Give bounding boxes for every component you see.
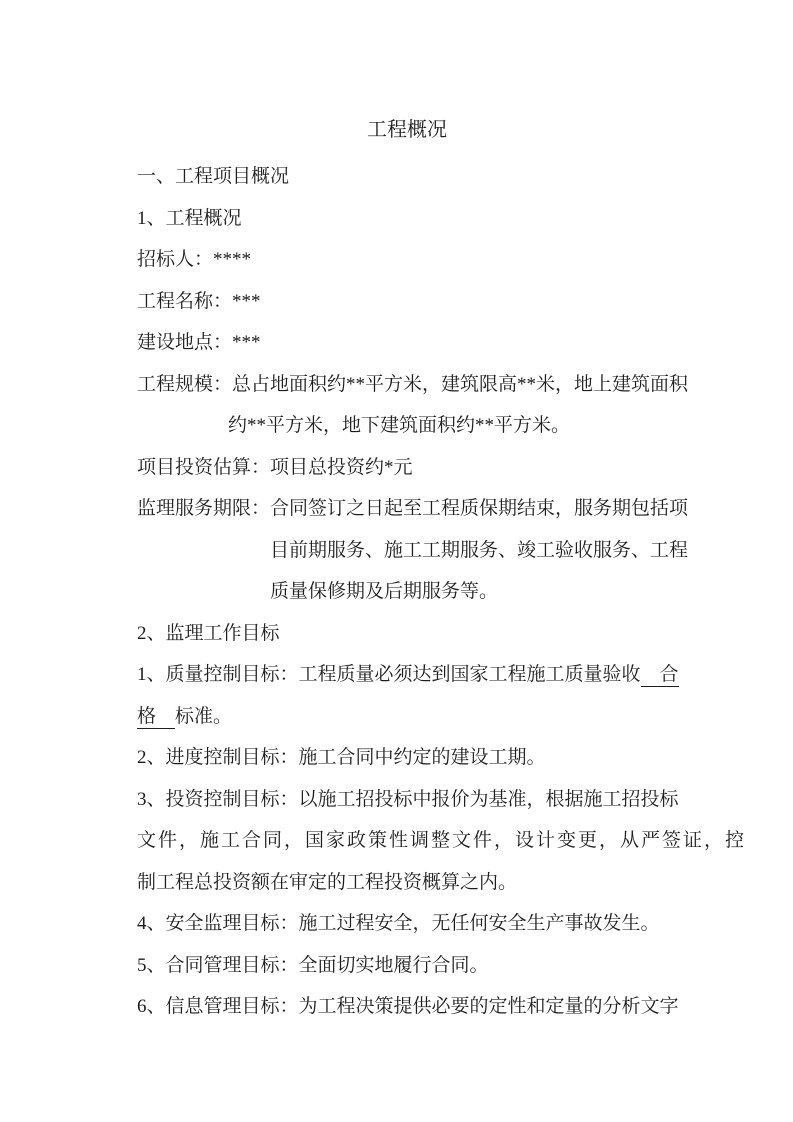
document-page: 工程概况 一、工程项目概况 1、工程概况 招标人：**** 工程名称：*** 建… xyxy=(0,0,793,1122)
quality-goal-text: 1、质量控制目标：工程质量必须达到国家工程施工质量验收 xyxy=(137,664,641,685)
doc-line-investment-goal-3: 制工程总投资额在审定的工程投资概算之内。 xyxy=(137,862,703,904)
doc-line-schedule-goal: 2、进度控制目标：施工合同中约定的建设工期。 xyxy=(137,737,703,779)
doc-line-supervision-period-1: 监理服务期限：合同签订之日起至工程质保期结束，服务期包括项 xyxy=(137,488,703,530)
doc-line-quality-goal-2: 格 标准。 xyxy=(137,696,703,738)
doc-line-location: 建设地点：*** xyxy=(137,322,703,364)
doc-line-tenderee: 招标人：**** xyxy=(137,239,703,281)
doc-line-scale-1: 工程规模：总占地面积约**平方米，建筑限高**米，地上建筑面积 xyxy=(137,364,703,406)
doc-line-investment-estimate: 项目投资估算：项目总投资约*元 xyxy=(137,447,703,489)
doc-line-goals-heading: 2、监理工作目标 xyxy=(137,613,703,655)
doc-line-section-heading: 一、工程项目概况 xyxy=(137,156,703,198)
doc-line-contract-goal: 5、合同管理目标：全面切实地履行合同。 xyxy=(137,945,703,987)
underlined-fill-in: 格 xyxy=(137,706,175,729)
underlined-fill-in: 合 xyxy=(641,664,679,687)
doc-line-supervision-period-2: 目前期服务、施工工期服务、竣工验收服务、工程 xyxy=(137,530,703,572)
doc-line-information-goal: 6、信息管理目标：为工程决策提供必要的定性和定量的分析文字 xyxy=(137,986,703,1028)
document-content: 工程概况 一、工程项目概况 1、工程概况 招标人：**** 工程名称：*** 建… xyxy=(137,104,703,1028)
doc-line-scale-2: 约**平方米，地下建筑面积约**平方米。 xyxy=(137,405,703,447)
doc-line-project-name: 工程名称：*** xyxy=(137,281,703,323)
doc-line-safety-goal: 4、安全监理目标：施工过程安全，无任何安全生产事故发生。 xyxy=(137,903,703,945)
quality-goal-tail: 标准。 xyxy=(175,706,232,727)
doc-line-quality-goal-1: 1、质量控制目标：工程质量必须达到国家工程施工质量验收 合 xyxy=(137,654,703,696)
doc-line-subsection-heading: 1、工程概况 xyxy=(137,198,703,240)
document-title: 工程概况 xyxy=(137,104,677,156)
doc-line-supervision-period-3: 质量保修期及后期服务等。 xyxy=(137,571,703,613)
doc-line-investment-goal-2: 文件，施工合同，国家政策性调整文件，设计变更，从严签证，控 xyxy=(137,820,703,862)
doc-line-investment-goal-1: 3、投资控制目标：以施工招投标中报价为基准，根据施工招投标 xyxy=(137,779,703,821)
